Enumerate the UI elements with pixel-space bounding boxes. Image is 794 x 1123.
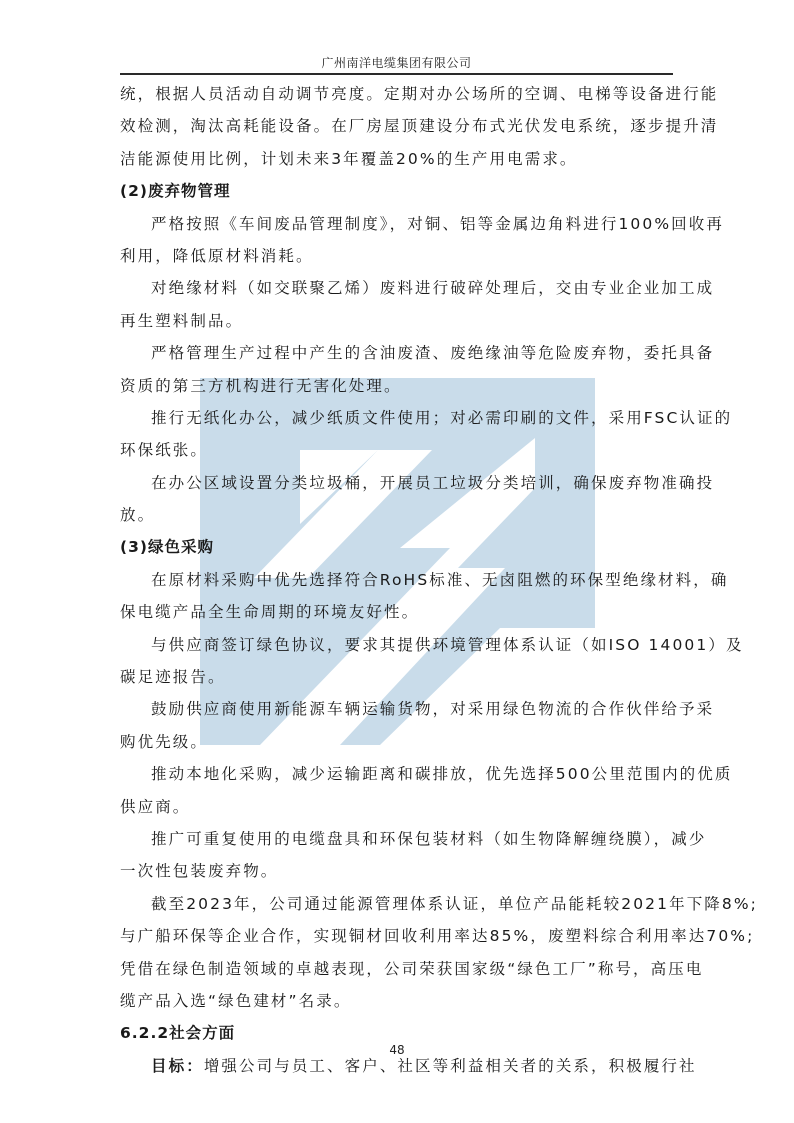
document-body: 统，根据人员活动自动调节亮度。定期对办公场所的空调、电梯等设备进行能 效检测，淘… (120, 78, 678, 1082)
paragraph-line: 在办公区域设置分类垃圾桶，开展员工垃圾分类培训，确保废弃物准确投 (120, 467, 678, 499)
paragraph-line: 与供应商签订绿色协议，要求其提供环境管理体系认证（如ISO 14001）及 (120, 629, 678, 661)
paragraph-line: 再生塑料制品。 (120, 305, 678, 337)
paragraph-line: 鼓励供应商使用新能源车辆运输货物，对采用绿色物流的合作伙伴给予采 (120, 693, 678, 725)
paragraph-line: 缆产品入选“绿色建材”名录。 (120, 985, 678, 1017)
goal-text: 增强公司与员工、客户、社区等利益相关者的关系，积极履行社 (204, 1057, 697, 1075)
paragraph-line: 一次性包装废弃物。 (120, 855, 678, 887)
goal-line: 目标：增强公司与员工、客户、社区等利益相关者的关系，积极履行社 (120, 1050, 678, 1082)
paragraph-line: 推行无纸化办公，减少纸质文件使用；对必需印刷的文件，采用FSC认证的 (120, 402, 678, 434)
section-heading-social: 6.2.2社会方面 (120, 1017, 678, 1049)
paragraph-line: 碳足迹报告。 (120, 661, 678, 693)
paragraph-line: 对绝缘材料（如交联聚乙烯）废料进行破碎处理后，交由专业企业加工成 (120, 272, 678, 304)
paragraph-line: 严格按照《车间废品管理制度》，对铜、铝等金属边角料进行100%回收再 (120, 208, 678, 240)
paragraph-line: 与广船环保等企业合作，实现铜材回收利用率达85%，废塑料综合利用率达70%; (120, 920, 678, 952)
goal-label: 目标： (151, 1057, 204, 1075)
paragraph-line: 放。 (120, 499, 678, 531)
paragraph-line: 截至2023年，公司通过能源管理体系认证，单位产品能耗较2021年下降8%; (120, 888, 678, 920)
text-line: 洁能源使用比例，计划未来3年覆盖20%的生产用电需求。 (120, 143, 678, 175)
paragraph-line: 严格管理生产过程中产生的含油废渣、废绝缘油等危险废弃物，委托具备 (120, 337, 678, 369)
text-line: 效检测，淘汰高耗能设备。在厂房屋顶建设分布式光伏发电系统，逐步提升清 (120, 110, 678, 142)
paragraph-line: 推动本地化采购，减少运输距离和碳排放，优先选择500公里范围内的优质 (120, 758, 678, 790)
paragraph-line: 利用，降低原材料消耗。 (120, 240, 678, 272)
section-heading-green-procurement: (3)绿色采购 (120, 531, 678, 563)
paragraph-line: 保电缆产品全生命周期的环境友好性。 (120, 596, 678, 628)
header-rule (120, 73, 673, 75)
paragraph-line: 购优先级。 (120, 726, 678, 758)
paragraph-line: 资质的第三方机构进行无害化处理。 (120, 370, 678, 402)
section-heading-waste: (2)废弃物管理 (120, 175, 678, 207)
paragraph-line: 在原材料采购中优先选择符合RoHS标准、无卤阻燃的环保型绝缘材料，确 (120, 564, 678, 596)
paragraph-line: 推广可重复使用的电缆盘具和环保包装材料（如生物降解缠绕膜），减少 (120, 823, 678, 855)
paragraph-line: 环保纸张。 (120, 434, 678, 466)
paragraph-line: 供应商。 (120, 791, 678, 823)
text-line: 统，根据人员活动自动调节亮度。定期对办公场所的空调、电梯等设备进行能 (120, 78, 678, 110)
paragraph-line: 凭借在绿色制造领域的卓越表现，公司荣获国家级“绿色工厂”称号，高压电 (120, 953, 678, 985)
page-header-company: 广州南洋电缆集团有限公司 (120, 56, 673, 70)
